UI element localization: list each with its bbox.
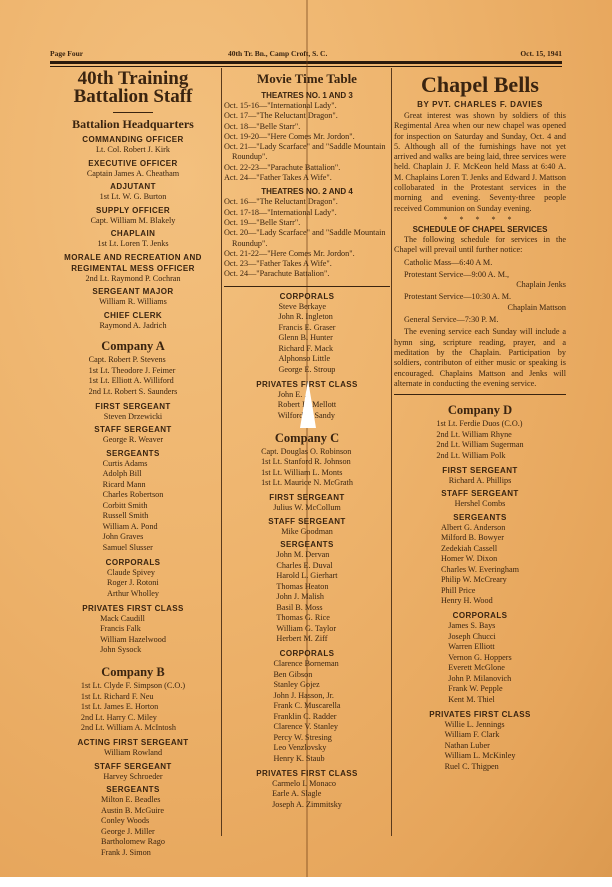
roster-name: Francis Falk xyxy=(100,624,166,635)
rank-holder: Julius W. McCollum xyxy=(224,503,390,514)
position-holder: 1st Lt. Loren T. Jenks xyxy=(46,239,220,250)
rank-label: CORPORALS xyxy=(46,557,220,568)
service-item: Protestant Service—10:30 A. M.Chaplain M… xyxy=(394,292,566,313)
roster-name: Philip W. McCreary xyxy=(441,575,519,586)
roster-name: Homer W. Dixon xyxy=(441,554,519,565)
roster-name: Albert G. Anderson xyxy=(441,523,519,534)
roster-name: Corbitt Smith xyxy=(103,501,164,512)
name-list: Willie L. JenningsWilliam F. ClarkNathan… xyxy=(445,720,516,773)
schedule-title: SCHEDULE OF CHAPEL SERVICES xyxy=(394,225,566,234)
name-list: Carmelo I. MonacoEarle A. SlagleJoseph A… xyxy=(272,779,342,811)
position-holder: Lt. Col. Robert J. Kirk xyxy=(46,145,220,156)
officer-name: 1st Lt. Elliott A. Williford xyxy=(89,376,178,387)
roster-name: Charles W. Everingham xyxy=(441,565,519,576)
roster-name: Arthur Wholley xyxy=(107,589,159,600)
chapel-headline: Chapel Bells xyxy=(394,74,566,96)
chapel-byline: BY PVT. CHARLES F. DAVIES xyxy=(394,100,566,109)
rank-holder: William Rowland xyxy=(46,748,220,759)
page-number: Page Four xyxy=(50,49,83,58)
officer-name: 1st Lt. William L. Monts xyxy=(261,468,353,479)
roster-name: Carmelo I. Monaco xyxy=(272,779,342,790)
rank-label: STAFF SERGEANT xyxy=(224,516,390,527)
theatre-2-list: Oct. 16—"The Reluctant Dragon".Oct. 17-1… xyxy=(224,197,390,279)
movie-listing: Act. 24—"Father Takes A Wife". xyxy=(224,173,390,183)
rank-label: CORPORALS xyxy=(224,648,390,659)
name-list: Clarence BornemanBen GibsonStanley Gojez… xyxy=(273,659,340,764)
rank-holder: Harvey Schroeder xyxy=(46,772,220,783)
movie-listing: Oct. 16—"The Reluctant Dragon". xyxy=(224,197,390,207)
rank-holder: Richard A. Phillips xyxy=(394,476,566,487)
rank-label: CORPORALS xyxy=(394,610,566,621)
roster-name: Herbert M. Ziff xyxy=(276,634,337,645)
company-b-roster: 1st Lt. Clyde F. Simpson (C.O.)1st Lt. R… xyxy=(46,681,220,860)
staff-headline: 40th Training Battalion Staff xyxy=(46,70,220,106)
movie-listing: Oct. 23—"Father Takes A Wife". xyxy=(224,259,390,269)
roster-name: Henry H. Wood xyxy=(441,596,519,607)
rank-holder: George R. Weaver xyxy=(46,435,220,446)
service-chaplain: Chaplain Jenks xyxy=(404,280,566,290)
divider xyxy=(394,394,566,395)
roster-name: Earle A. Slagle xyxy=(272,789,342,800)
roster-name: John R. Ingleton xyxy=(278,312,335,323)
roster-name: Curtis Adams xyxy=(103,459,164,470)
roster-name: John J. Hasson, Jr. xyxy=(273,691,340,702)
roster-name: Conley Woods xyxy=(101,816,165,827)
roster-name: Warren Elliott xyxy=(448,642,511,653)
name-list: Albert G. AndersonMilford B. BowyerZedek… xyxy=(441,523,519,607)
staff-positions: COMMANDING OFFICERLt. Col. Robert J. Kir… xyxy=(46,134,220,331)
roster-name: Roger J. Rotoni xyxy=(107,578,159,589)
column-divider xyxy=(391,68,392,836)
name-list: James S. BaysJoseph ChucciWarren Elliott… xyxy=(448,621,511,705)
roster-name: William G. Taylor xyxy=(276,624,337,635)
rank-label: SERGEANTS xyxy=(224,539,390,550)
theatre-2-label: THEATRES NO. 2 AND 4 xyxy=(224,187,390,196)
rank-label: STAFF SERGEANT xyxy=(46,761,220,772)
movie-listing: Oct. 21—"Lady Scarface" and "Saddle Moun… xyxy=(224,142,390,163)
position-holder: Raymond A. Jadrich xyxy=(46,321,220,332)
name-list: Steve BerkayeJohn R. IngletonFrancis E. … xyxy=(278,302,335,376)
service-list: Catholic Mass—6:40 A M.Protestant Servic… xyxy=(394,258,566,326)
schedule-intro: The following schedule for services in t… xyxy=(394,235,566,256)
roster-name: George E. Stroup xyxy=(278,365,335,376)
roster-name: Leo Venzlovsky xyxy=(273,743,340,754)
roster-name: Clarence Borneman xyxy=(273,659,340,670)
rank-label: FIRST SERGEANT xyxy=(224,492,390,503)
roster-name: John Sysock xyxy=(100,645,166,656)
roster-name: Steve Berkaye xyxy=(278,302,335,313)
officer-name: 1st Lt. Richard F. Neu xyxy=(81,692,185,703)
roster-name: Zedekiah Cassell xyxy=(441,544,519,555)
officer-name: 1st Lt. Ferdie Duos (C.O.) xyxy=(436,419,523,430)
roster-name: Bartholomew Rago xyxy=(101,837,165,848)
name-list: Mack CaudillFrancis FalkWilliam Hazelwoo… xyxy=(100,614,166,656)
service-time: Protestant Service—9:00 A. M., xyxy=(404,270,566,280)
officer-name: 2nd Lt. Robert S. Saunders xyxy=(89,387,178,398)
movie-listing: Oct. 17-18—"International Lady". xyxy=(224,208,390,218)
roster-name: John Graves xyxy=(103,532,164,543)
roster-name: Ben Gibson xyxy=(273,670,340,681)
officer-list: Capt. Robert P. Stevens1st Lt. Theodore … xyxy=(89,355,178,397)
officer-name: Capt. Douglas O. Robinson xyxy=(261,447,353,458)
officer-name: 1st Lt. Stanford R. Johnson xyxy=(261,457,353,468)
position-holder: William R. Williams xyxy=(46,297,220,308)
name-list: John M. DervanCharles E. DuvalHarold L. … xyxy=(276,550,337,645)
officer-name: 1st Lt. Clyde F. Simpson (C.O.) xyxy=(81,681,185,692)
roster-name: Milford B. Bowyer xyxy=(441,533,519,544)
roster-name: Phill Price xyxy=(441,586,519,597)
rank-label: SERGEANTS xyxy=(46,784,220,795)
company-c-title: Company C xyxy=(224,431,390,446)
company-a-title: Company A xyxy=(46,339,220,354)
position-holder: 2nd Lt. Raymond P. Cochran xyxy=(46,274,220,285)
position-title: EXECUTIVE OFFICER xyxy=(46,158,220,169)
divider xyxy=(224,286,390,287)
rank-label: FIRST SERGEANT xyxy=(394,465,566,476)
officer-name: Capt. Robert P. Stevens xyxy=(89,355,178,366)
roster-name: John J. Malish xyxy=(276,592,337,603)
rank-label: CORPORALS xyxy=(224,291,390,302)
roster-name: Everett McGlone xyxy=(448,663,511,674)
officer-name: 2nd Lt. William A. McIntosh xyxy=(81,723,185,734)
movie-listing: Oct. 22-23—"Parachute Battalion". xyxy=(224,163,390,173)
position-title: CHIEF CLERK xyxy=(46,310,220,321)
column-staff: 40th Training Battalion Staff Battalion … xyxy=(46,68,220,860)
roster-name: Joseph A. Zimmitsky xyxy=(272,800,342,811)
name-list: Curtis AdamsAdolph BillRicard MannCharle… xyxy=(103,459,164,554)
company-a-roster: Capt. Robert P. Stevens1st Lt. Theodore … xyxy=(46,355,220,657)
name-list: Milton E. BeadlesAustin B. McGuireConley… xyxy=(101,795,165,858)
rank-label: PRIVATES FIRST CLASS xyxy=(224,768,390,779)
roster-name: Frank J. Simon xyxy=(101,848,165,859)
roster-name: Mack Caudill xyxy=(100,614,166,625)
officer-name: 2nd Lt. Harry C. Miley xyxy=(81,713,185,724)
name-list: Claude SpiveyRoger J. RotoniArthur Wholl… xyxy=(107,568,159,600)
roster-name: Thomas G. Rice xyxy=(276,613,337,624)
movie-listing: Oct. 21-22—"Here Comes Mr. Jordon". xyxy=(224,249,390,259)
roster-name: Francis E. Graser xyxy=(278,323,335,334)
officer-name: 1st Lt. Theodore J. Feimer xyxy=(89,366,178,377)
movie-listing: Oct. 19—"Belle Starr". xyxy=(224,218,390,228)
position-holder: 1st Lt. W. G. Burton xyxy=(46,192,220,203)
rank-label: STAFF SERGEANT xyxy=(46,424,220,435)
hq-title: Battalion Headquarters xyxy=(46,117,220,132)
roster-name: Glenn B. Hunter xyxy=(278,333,335,344)
officer-name: 1st Lt. James E. Horton xyxy=(81,702,185,713)
roster-name: William L. McKinley xyxy=(445,751,516,762)
roster-name: William A. Pond xyxy=(103,522,164,533)
position-title: ADJUTANT xyxy=(46,181,220,192)
position-title: CHAPLAIN xyxy=(46,228,220,239)
position-title: SUPPLY OFFICER xyxy=(46,205,220,216)
officer-name: 2nd Lt. William Polk xyxy=(436,451,523,462)
roster-name: Milton E. Beadles xyxy=(101,795,165,806)
theatre-1-list: Oct. 15-16—"International Lady".Oct. 17—… xyxy=(224,101,390,183)
service-chaplain: Chaplain Mattson xyxy=(404,303,566,313)
service-item: Protestant Service—9:00 A. M.,Chaplain J… xyxy=(394,270,566,291)
position-title: MORALE AND RECREATION AND REGIMENTAL MES… xyxy=(46,252,220,274)
roster-name: Claude Spivey xyxy=(107,568,159,579)
roster-name: Thomas Heaton xyxy=(276,582,337,593)
roster-name: Vernon G. Hoppers xyxy=(448,653,511,664)
movie-headline: Movie Time Table xyxy=(224,71,390,87)
roster-name: Percy W. Stresing xyxy=(273,733,340,744)
service-item: General Service—7:30 P. M. xyxy=(394,315,566,325)
roster-name: Charles Robertson xyxy=(103,490,164,501)
rank-label: ACTING FIRST SERGEANT xyxy=(46,737,220,748)
roster-name: Franklin C. Radder xyxy=(273,712,340,723)
section-stars: * * * * * xyxy=(394,215,566,224)
roster-name: Frank W. Pepple xyxy=(448,684,511,695)
roster-name: John P. Milanovich xyxy=(448,674,511,685)
rank-label: FIRST SERGEANT xyxy=(46,401,220,412)
roster-name: Alphonso Little xyxy=(278,354,335,365)
divider xyxy=(113,112,153,113)
roster-name: Samuel Slusser xyxy=(103,543,164,554)
company-c-roster: Capt. Douglas O. Robinson1st Lt. Stanfor… xyxy=(224,447,390,812)
roster-name: William F. Clark xyxy=(445,730,516,741)
rank-label: SERGEANTS xyxy=(394,512,566,523)
roster-name: James S. Bays xyxy=(448,621,511,632)
movie-listing: Oct. 19-20—"Here Comes Mr. Jordon". xyxy=(224,132,390,142)
newspaper-page: Page Four 40th Tr. Bn., Camp Croft, S. C… xyxy=(0,0,612,877)
roster-name: Nathan Luber xyxy=(445,741,516,752)
rank-holder: Hershel Combs xyxy=(394,499,566,510)
rank-label: SERGEANTS xyxy=(46,448,220,459)
column-divider xyxy=(221,68,222,836)
roster-name: Frank C. Muscarella xyxy=(273,701,340,712)
position-title: COMMANDING OFFICER xyxy=(46,134,220,145)
roster-name: Harold L. Gierhart xyxy=(276,571,337,582)
officer-list: 1st Lt. Ferdie Duos (C.O.)2nd Lt. Willia… xyxy=(436,419,523,461)
service-time: Catholic Mass—6:40 A M. xyxy=(404,258,566,268)
roster-name: Joseph Chucci xyxy=(448,632,511,643)
position-holder: Capt. William M. Blakely xyxy=(46,216,220,227)
chapel-paragraph: Great interest was shown by soldiers of … xyxy=(394,111,566,214)
roster-name: Richard F. Mack xyxy=(278,344,335,355)
headline-line: Battalion Staff xyxy=(46,88,220,106)
roster-name: William Hazelwood xyxy=(100,635,166,646)
service-item: Catholic Mass—6:40 A M. xyxy=(394,258,566,268)
roster-name: Kent M. Thiel xyxy=(448,695,511,706)
roster-name: Stanley Gojez xyxy=(273,680,340,691)
rank-holder: Steven Drzewicki xyxy=(46,412,220,423)
movie-listing: Oct. 15-16—"International Lady". xyxy=(224,101,390,111)
roster-name: Russell Smith xyxy=(103,511,164,522)
officer-name: 2nd Lt. William Sugerman xyxy=(436,440,523,451)
issue-date: Oct. 15, 1941 xyxy=(520,49,562,58)
roster-name: Ruel C. Thigpen xyxy=(445,762,516,773)
roster-name: Adolph Bill xyxy=(103,469,164,480)
rank-label: PRIVATES FIRST CLASS xyxy=(46,603,220,614)
roster-name: Ricard Mann xyxy=(103,480,164,491)
movie-listing: Oct. 20—"Lady Scarface" and "Saddle Moun… xyxy=(224,228,390,249)
roster-name: Charles E. Duval xyxy=(276,561,337,572)
rank-label: STAFF SERGEANT xyxy=(394,488,566,499)
chapel-paragraph-2: The evening service each Sunday will inc… xyxy=(394,327,566,389)
position-holder: Captain James A. Cheatham xyxy=(46,169,220,180)
roster-name: George J. Miller xyxy=(101,827,165,838)
position-title: SERGEANT MAJOR xyxy=(46,286,220,297)
column-chapel: Chapel Bells BY PVT. CHARLES F. DAVIES G… xyxy=(394,68,566,774)
service-time: Protestant Service—10:30 A. M. xyxy=(404,292,566,302)
company-d-title: Company D xyxy=(394,403,566,418)
roster-name: Basil B. Moss xyxy=(276,603,337,614)
roster-name: Henry K. Staub xyxy=(273,754,340,765)
company-d-roster: 1st Lt. Ferdie Duos (C.O.)2nd Lt. Willia… xyxy=(394,419,566,774)
officer-name: 2nd Lt. William Rhyne xyxy=(436,430,523,441)
movie-listing: Oct. 17—"The Reluctant Dragon". xyxy=(224,111,390,121)
roster-name: Willie L. Jennings xyxy=(445,720,516,731)
rank-holder: Mike Goodman xyxy=(224,527,390,538)
movie-listing: Oct. 24—"Parachute Battalion". xyxy=(224,269,390,279)
service-time: General Service—7:30 P. M. xyxy=(404,315,566,325)
rank-label: PRIVATES FIRST CLASS xyxy=(394,709,566,720)
officer-list: Capt. Douglas O. Robinson1st Lt. Stanfor… xyxy=(261,447,353,489)
officer-name: 1st Lt. Maurice N. McGrath xyxy=(261,478,353,489)
roster-name: John M. Dervan xyxy=(276,550,337,561)
column-movies: Movie Time Table THEATRES NO. 1 AND 3 Oc… xyxy=(224,68,390,812)
movie-listing: Oct. 18—"Belle Starr". xyxy=(224,122,390,132)
roster-name: Austin B. McGuire xyxy=(101,806,165,817)
roster-name: Clarence V. Stanley xyxy=(273,722,340,733)
company-b-title: Company B xyxy=(46,665,220,680)
officer-list: 1st Lt. Clyde F. Simpson (C.O.)1st Lt. R… xyxy=(81,681,185,734)
unit-location: 40th Tr. Bn., Camp Croft, S. C. xyxy=(228,49,327,58)
theatre-1-label: THEATRES NO. 1 AND 3 xyxy=(224,91,390,100)
paper-tear xyxy=(300,380,316,428)
